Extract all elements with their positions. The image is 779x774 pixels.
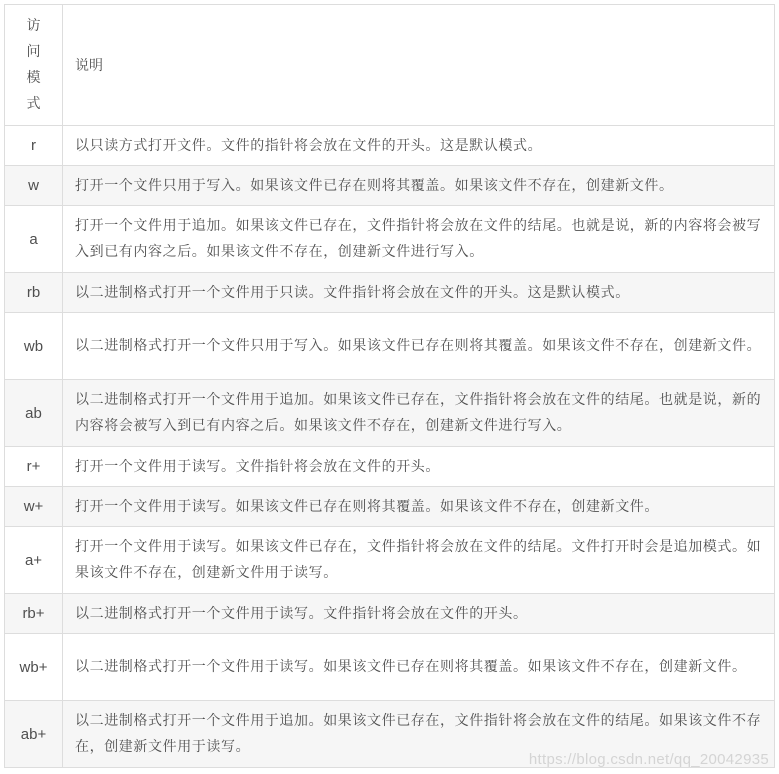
description-cell: 打开一个文件用于追加。如果该文件已存在，文件指针将会放在文件的结尾。也就是说，新… — [63, 206, 775, 273]
table-row: a+ 打开一个文件用于读写。如果该文件已存在，文件指针将会放在文件的结尾。文件打… — [5, 527, 775, 594]
description-cell: 以二进制格式打开一个文件用于读写。如果该文件已存在则将其覆盖。如果该文件不存在，… — [63, 634, 775, 701]
description-cell: 以二进制格式打开一个文件用于只读。文件指针将会放在文件的开头。这是默认模式。 — [63, 273, 775, 313]
mode-cell: ab+ — [5, 701, 63, 768]
mode-cell: ab — [5, 380, 63, 447]
mode-cell: r — [5, 126, 63, 166]
header-char: 式 — [17, 91, 50, 117]
mode-cell: w+ — [5, 487, 63, 527]
mode-cell: rb+ — [5, 594, 63, 634]
description-cell: 打开一个文件用于读写。文件指针将会放在文件的开头。 — [63, 447, 775, 487]
description-cell: 以二进制格式打开一个文件用于读写。文件指针将会放在文件的开头。 — [63, 594, 775, 634]
table-row: r+ 打开一个文件用于读写。文件指针将会放在文件的开头。 — [5, 447, 775, 487]
mode-cell: rb — [5, 273, 63, 313]
table-row: wb 以二进制格式打开一个文件只用于写入。如果该文件已存在则将其覆盖。如果该文件… — [5, 313, 775, 380]
header-description: 说明 — [63, 5, 775, 126]
header-char: 问 — [17, 39, 50, 65]
mode-cell: wb+ — [5, 634, 63, 701]
table-row: w 打开一个文件只用于写入。如果该文件已存在则将其覆盖。如果该文件不存在，创建新… — [5, 166, 775, 206]
header-char: 访 — [17, 13, 50, 39]
header-char: 模 — [17, 65, 50, 91]
mode-cell: w — [5, 166, 63, 206]
table-row: w+ 打开一个文件用于读写。如果该文件已存在则将其覆盖。如果该文件不存在，创建新… — [5, 487, 775, 527]
description-cell: 以只读方式打开文件。文件的指针将会放在文件的开头。这是默认模式。 — [63, 126, 775, 166]
description-cell: 以二进制格式打开一个文件用于追加。如果该文件已存在，文件指针将会放在文件的结尾。… — [63, 380, 775, 447]
table-header-row: 访 问 模 式 说明 — [5, 5, 775, 126]
table-row: wb+ 以二进制格式打开一个文件用于读写。如果该文件已存在则将其覆盖。如果该文件… — [5, 634, 775, 701]
description-cell: 以二进制格式打开一个文件用于追加。如果该文件已存在，文件指针将会放在文件的结尾。… — [63, 701, 775, 768]
description-cell: 打开一个文件用于读写。如果该文件已存在则将其覆盖。如果该文件不存在，创建新文件。 — [63, 487, 775, 527]
header-access-mode: 访 问 模 式 — [5, 5, 63, 126]
table-row: ab+ 以二进制格式打开一个文件用于追加。如果该文件已存在，文件指针将会放在文件… — [5, 701, 775, 768]
table-row: r 以只读方式打开文件。文件的指针将会放在文件的开头。这是默认模式。 — [5, 126, 775, 166]
description-cell: 打开一个文件只用于写入。如果该文件已存在则将其覆盖。如果该文件不存在，创建新文件… — [63, 166, 775, 206]
description-cell: 以二进制格式打开一个文件只用于写入。如果该文件已存在则将其覆盖。如果该文件不存在… — [63, 313, 775, 380]
table-container: 访 问 模 式 说明 r 以只读方式打开文件。文件的指针将会放在文件的开头。这是… — [4, 4, 775, 768]
description-cell: 打开一个文件用于读写。如果该文件已存在，文件指针将会放在文件的结尾。文件打开时会… — [63, 527, 775, 594]
mode-cell: a+ — [5, 527, 63, 594]
file-modes-table: 访 问 模 式 说明 r 以只读方式打开文件。文件的指针将会放在文件的开头。这是… — [4, 4, 775, 768]
table-row: a 打开一个文件用于追加。如果该文件已存在，文件指针将会放在文件的结尾。也就是说… — [5, 206, 775, 273]
table-row: ab 以二进制格式打开一个文件用于追加。如果该文件已存在，文件指针将会放在文件的… — [5, 380, 775, 447]
mode-cell: wb — [5, 313, 63, 380]
table-row: rb 以二进制格式打开一个文件用于只读。文件指针将会放在文件的开头。这是默认模式… — [5, 273, 775, 313]
mode-cell: a — [5, 206, 63, 273]
table-row: rb+ 以二进制格式打开一个文件用于读写。文件指针将会放在文件的开头。 — [5, 594, 775, 634]
mode-cell: r+ — [5, 447, 63, 487]
